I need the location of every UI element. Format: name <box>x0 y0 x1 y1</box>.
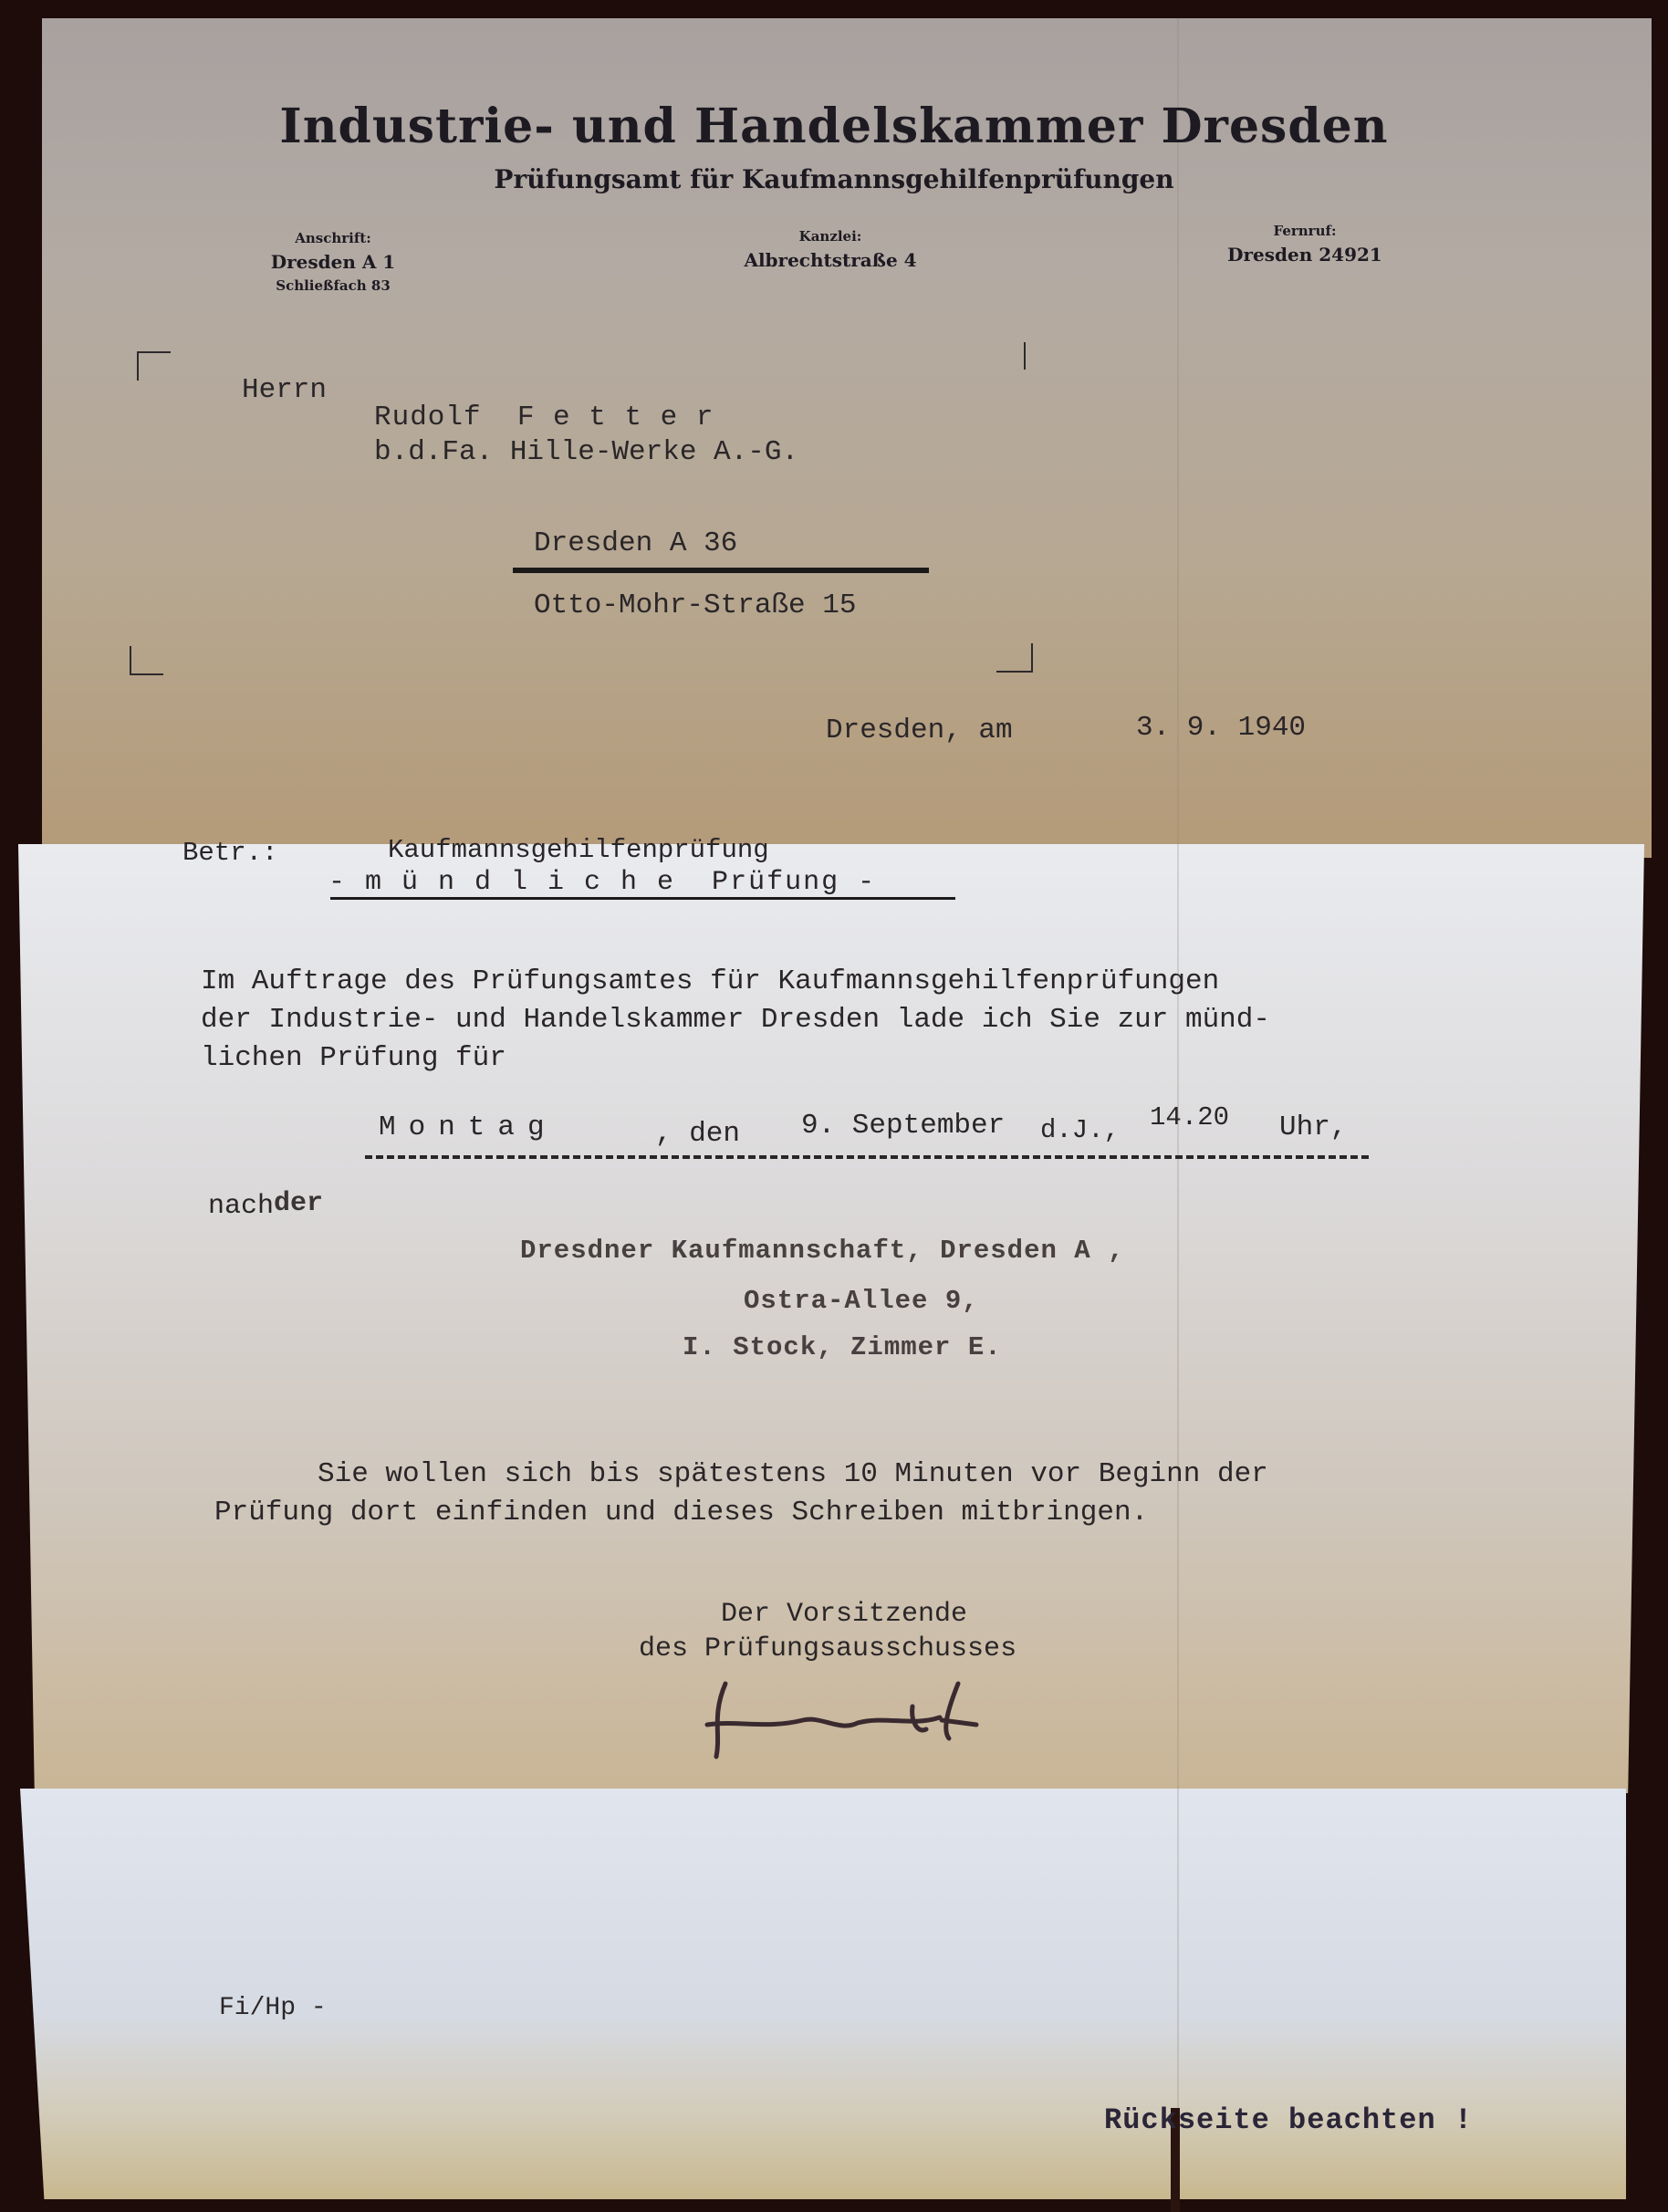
date-place: Dresden, am <box>826 715 1013 746</box>
signature-title-line1: Der Vorsitzende <box>721 1599 967 1630</box>
recipient-company: b.d.Fa. Hille-Werke A.-G. <box>374 436 798 468</box>
recipient-salutation: Herrn <box>242 374 327 406</box>
paragraph2-line1: Sie wollen sich bis spätestens 10 Minute… <box>318 1456 1268 1494</box>
address-underline <box>513 568 929 573</box>
letterhead-office: Kanzlei: Albrechtstraße 4 <box>712 224 949 272</box>
address-label: Anschrift: <box>255 226 411 250</box>
signature-title-line2: des Prüfungsausschusses <box>639 1633 1016 1664</box>
recipient-name: Rudolf F e t t e r <box>374 402 714 433</box>
date-value: 3. 9. 1940 <box>1136 712 1306 744</box>
address-line1: Dresden A 1 <box>255 250 411 274</box>
address-window-corner-bl <box>130 646 163 675</box>
office-label: Kanzlei: <box>712 224 949 248</box>
paragraph1-line1: Im Auftrage des Prüfungsamtes für Kaufma… <box>201 963 1219 1001</box>
location-line2: Ostra-Allee 9, <box>744 1286 979 1316</box>
letterhead-title: Industrie- und Handelskammer Dresden <box>0 99 1668 154</box>
appointment-dashed-underline <box>365 1155 1369 1159</box>
subject-subtitle: - m ü n d l i c h e Prüfung - <box>328 867 876 898</box>
subject-value: Kaufmannsgehilfenprüfung <box>388 835 769 865</box>
paragraph1-line2: der Industrie- und Handelskammer Dresden… <box>201 1001 1270 1039</box>
recipient-street: Otto-Mohr-Straße 15 <box>534 590 856 621</box>
backside-note: Rückseite beachten ! <box>1104 2103 1473 2137</box>
phone-value: Dresden 24921 <box>1214 243 1396 266</box>
subject-underline <box>330 897 955 900</box>
location-line1: Dresdner Kaufmannschaft, Dresden A , <box>520 1236 1125 1266</box>
subject-label: Betr.: <box>182 838 277 868</box>
handwritten-signature <box>703 1679 1031 1770</box>
location-prefix: nach <box>208 1191 274 1222</box>
location-overtype: der <box>274 1188 323 1219</box>
location-line3: I. Stock, Zimmer E. <box>683 1332 1002 1362</box>
recipient-city: Dresden A 36 <box>534 527 737 559</box>
paragraph1-line3: lichen Prüfung für <box>201 1039 506 1078</box>
reference-initials: Fi/Hp - <box>219 1994 327 2022</box>
letterhead-address: Anschrift: Dresden A 1 Schließfach 83 <box>255 226 411 297</box>
address-window-corner-tl <box>137 351 171 381</box>
appointment-date: 9. September <box>801 1110 1005 1142</box>
letterhead-phone: Fernruf: Dresden 24921 <box>1214 219 1396 266</box>
phone-label: Fernruf: <box>1214 219 1396 243</box>
address-window-corner-br <box>996 643 1033 673</box>
office-value: Albrechtstraße 4 <box>712 248 949 272</box>
letterhead-subtitle: Prüfungsamt für Kaufmannsgehilfenprüfung… <box>0 164 1668 194</box>
appointment-year-ref: d.J., <box>1040 1115 1120 1145</box>
address-window-corner-tr <box>1024 342 1027 370</box>
appointment-time: 14.20 <box>1150 1102 1229 1132</box>
paragraph2-line2: Prüfung dort einfinden und dieses Schrei… <box>214 1494 1148 1532</box>
appointment-weekday: Montag <box>379 1111 558 1143</box>
appointment-time-unit: Uhr, <box>1279 1111 1347 1143</box>
address-line2: Schließfach 83 <box>255 274 411 297</box>
appointment-den: , den <box>655 1118 740 1150</box>
